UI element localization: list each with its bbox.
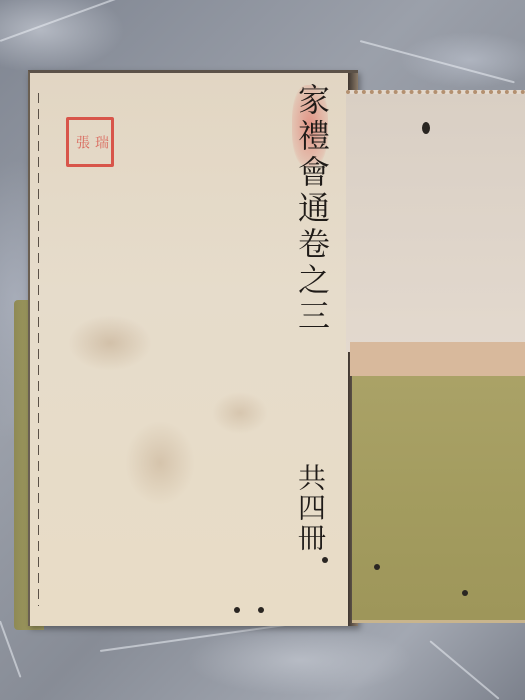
olive-back-cover <box>352 376 525 623</box>
book-front-cover: 張 瑞 家禮會通卷之三 共四冊 <box>28 70 358 626</box>
worm-hole <box>462 590 468 596</box>
seal-char: 張 <box>71 122 90 162</box>
marble-vein <box>0 0 169 42</box>
red-seal-stamp: 張 瑞 <box>66 117 114 167</box>
marble-vein <box>360 40 515 83</box>
worm-hole <box>322 557 328 563</box>
inner-page <box>346 90 525 352</box>
worm-hole <box>374 564 380 570</box>
worm-hole <box>234 607 240 613</box>
binding-line <box>38 93 39 606</box>
marble-vein <box>429 640 499 699</box>
worm-hole <box>258 607 264 613</box>
inner-page-band <box>350 342 525 376</box>
seal-char: 瑞 <box>90 122 109 162</box>
volume-note: 共四冊 <box>294 463 330 553</box>
worm-hole <box>422 122 430 134</box>
book-title: 家禮會通卷之三 <box>292 83 332 335</box>
